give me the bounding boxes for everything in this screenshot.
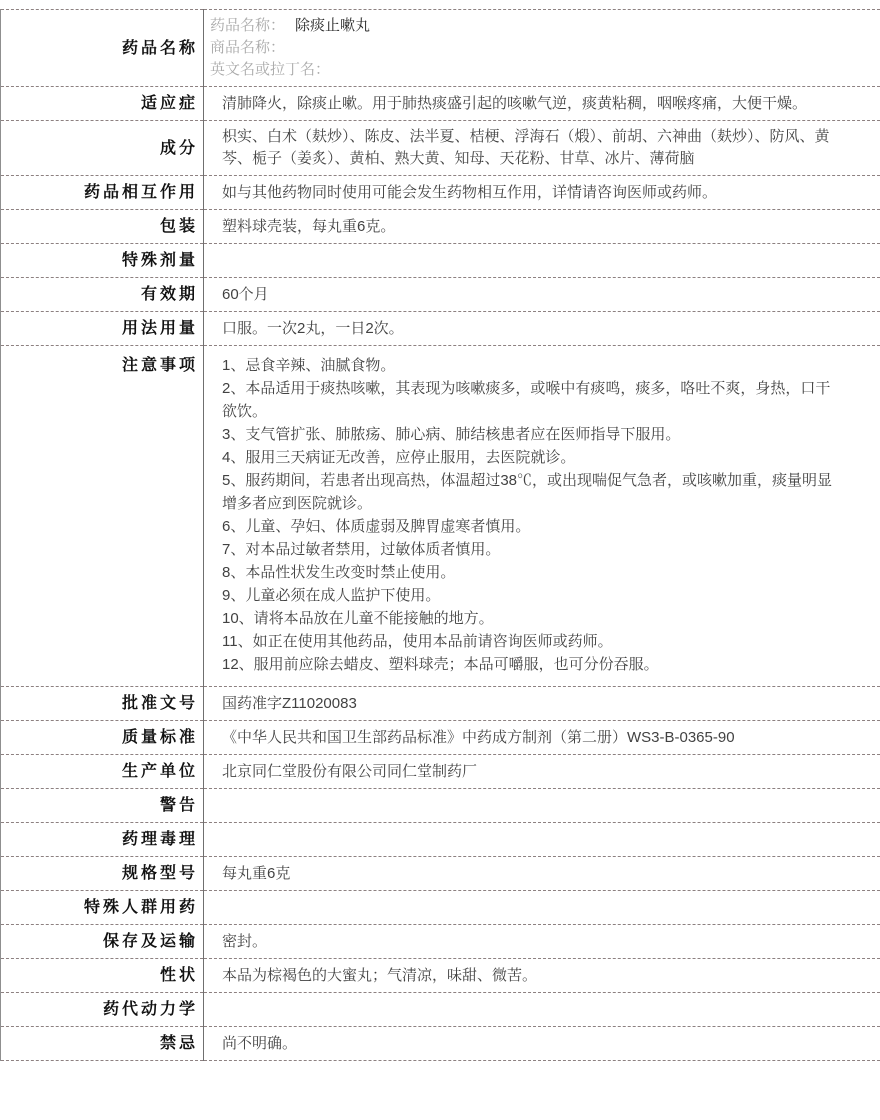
row-value: 密封。 (204, 925, 880, 959)
latin-name-line: 英文名或拉丁名： (210, 59, 838, 81)
row-dosage-usage: 用法用量 口服。一次2丸，一日2次。 (1, 312, 880, 346)
row-label: 特殊剂量 (1, 244, 204, 278)
row-special-populations: 特殊人群用药 (1, 891, 880, 925)
row-pharmacokinetics: 药代动力学 (1, 993, 880, 1027)
row-label: 药理毒理 (1, 823, 204, 857)
row-label: 规格型号 (1, 857, 204, 891)
row-value (204, 891, 880, 925)
row-value: 北京同仁堂股份有限公司同仁堂制药厂 (204, 755, 880, 789)
row-value: 清肺降火，除痰止嗽。用于肺热痰盛引起的咳嗽气逆，痰黄粘稠，咽喉疼痛，大便干燥。 (204, 87, 880, 121)
drug-name-line: 药品名称：除痰止嗽丸 (210, 15, 838, 37)
row-label: 用法用量 (1, 312, 204, 346)
row-indications: 适应症 清肺降火，除痰止嗽。用于肺热痰盛引起的咳嗽气逆，痰黄粘稠，咽喉疼痛，大便… (1, 87, 880, 121)
precaution-item: 12、服用前应除去蜡皮、塑料球壳；本品可嚼服，也可分份吞服。 (222, 653, 838, 676)
row-value: 国药准字Z11020083 (204, 687, 880, 721)
row-label: 药品名称 (1, 10, 204, 87)
row-value: 尚不明确。 (204, 1027, 880, 1061)
row-drug-name: 药品名称 药品名称：除痰止嗽丸 商品名称： 英文名或拉丁名： (1, 10, 880, 87)
row-precautions: 注意事项 1、忌食辛辣、油腻食物。 2、本品适用于痰热咳嗽，其表现为咳嗽痰多，或… (1, 346, 880, 687)
row-value: 药品名称：除痰止嗽丸 商品名称： 英文名或拉丁名： (204, 10, 880, 87)
row-label: 警告 (1, 789, 204, 823)
row-value: 60个月 (204, 278, 880, 312)
row-label: 适应症 (1, 87, 204, 121)
row-warning: 警告 (1, 789, 880, 823)
row-label: 成分 (1, 121, 204, 176)
drug-name-key: 药品名称： (210, 17, 285, 34)
row-ingredients: 成分 枳实、白术（麸炒）、陈皮、法半夏、桔梗、浮海石（煅）、前胡、六神曲（麸炒）… (1, 121, 880, 176)
drug-info-sheet: 药品名称 药品名称：除痰止嗽丸 商品名称： 英文名或拉丁名： 适应症 清肺降火，… (0, 0, 880, 1061)
drug-info-table: 药品名称 药品名称：除痰止嗽丸 商品名称： 英文名或拉丁名： 适应症 清肺降火，… (0, 9, 880, 1061)
row-label: 生产单位 (1, 755, 204, 789)
precaution-item: 8、本品性状发生改变时禁止使用。 (222, 561, 838, 584)
row-value: 塑料球壳装，每丸重6克。 (204, 210, 880, 244)
row-drug-interactions: 药品相互作用 如与其他药物同时使用可能会发生药物相互作用，详情请咨询医师或药师。 (1, 176, 880, 210)
row-shelf-life: 有效期 60个月 (1, 278, 880, 312)
row-packaging: 包装 塑料球壳装，每丸重6克。 (1, 210, 880, 244)
row-pharmacology-toxicology: 药理毒理 (1, 823, 880, 857)
drug-name-value: 除痰止嗽丸 (295, 17, 370, 34)
precaution-item: 10、请将本品放在儿童不能接触的地方。 (222, 607, 838, 630)
precaution-item: 2、本品适用于痰热咳嗽，其表现为咳嗽痰多，或喉中有痰鸣，痰多，咯吐不爽，身热，口… (222, 377, 838, 423)
row-quality-standard: 质量标准 《中华人民共和国卫生部药品标准》中药成方制剂（第二册）WS3-B-03… (1, 721, 880, 755)
row-label: 药代动力学 (1, 993, 204, 1027)
row-label: 特殊人群用药 (1, 891, 204, 925)
row-label: 注意事项 (1, 346, 204, 687)
row-manufacturer: 生产单位 北京同仁堂股份有限公司同仁堂制药厂 (1, 755, 880, 789)
row-label: 有效期 (1, 278, 204, 312)
row-contraindications: 禁忌 尚不明确。 (1, 1027, 880, 1061)
row-description: 性状 本品为棕褐色的大蜜丸；气清凉，味甜、微苦。 (1, 959, 880, 993)
row-value: 每丸重6克 (204, 857, 880, 891)
row-value: 《中华人民共和国卫生部药品标准》中药成方制剂（第二册）WS3-B-0365-90 (204, 721, 880, 755)
precaution-item: 5、服药期间，若患者出现高热，体温超过38℃，或出现喘促气急者，或咳嗽加重，痰量… (222, 469, 838, 515)
precaution-item: 7、对本品过敏者禁用，过敏体质者慎用。 (222, 538, 838, 561)
row-value (204, 789, 880, 823)
row-approval-number: 批准文号 国药准字Z11020083 (1, 687, 880, 721)
row-label: 批准文号 (1, 687, 204, 721)
precaution-item: 9、儿童必须在成人监护下使用。 (222, 584, 838, 607)
row-value (204, 993, 880, 1027)
precaution-item: 4、服用三天病证无改善，应停止服用，去医院就诊。 (222, 446, 838, 469)
row-value (204, 244, 880, 278)
row-storage-transport: 保存及运输 密封。 (1, 925, 880, 959)
row-value: 本品为棕褐色的大蜜丸；气清凉，味甜、微苦。 (204, 959, 880, 993)
row-label: 性状 (1, 959, 204, 993)
row-specification: 规格型号 每丸重6克 (1, 857, 880, 891)
precaution-item: 11、如正在使用其他药品，使用本品前请咨询医师或药师。 (222, 630, 838, 653)
trade-name-line: 商品名称： (210, 37, 838, 59)
row-label: 保存及运输 (1, 925, 204, 959)
row-label: 包装 (1, 210, 204, 244)
row-value: 如与其他药物同时使用可能会发生药物相互作用，详情请咨询医师或药师。 (204, 176, 880, 210)
precaution-item: 6、儿童、孕妇、体质虚弱及脾胃虚寒者慎用。 (222, 515, 838, 538)
row-special-dosage: 特殊剂量 (1, 244, 880, 278)
row-value (204, 823, 880, 857)
row-value: 口服。一次2丸，一日2次。 (204, 312, 880, 346)
row-label: 禁忌 (1, 1027, 204, 1061)
precaution-item: 3、支气管扩张、肺脓疡、肺心病、肺结核患者应在医师指导下服用。 (222, 423, 838, 446)
row-value: 1、忌食辛辣、油腻食物。 2、本品适用于痰热咳嗽，其表现为咳嗽痰多，或喉中有痰鸣… (204, 346, 880, 687)
precaution-item: 1、忌食辛辣、油腻食物。 (222, 354, 838, 377)
row-label: 药品相互作用 (1, 176, 204, 210)
row-label: 质量标准 (1, 721, 204, 755)
row-value: 枳实、白术（麸炒）、陈皮、法半夏、桔梗、浮海石（煅）、前胡、六神曲（麸炒）、防风… (204, 121, 880, 176)
